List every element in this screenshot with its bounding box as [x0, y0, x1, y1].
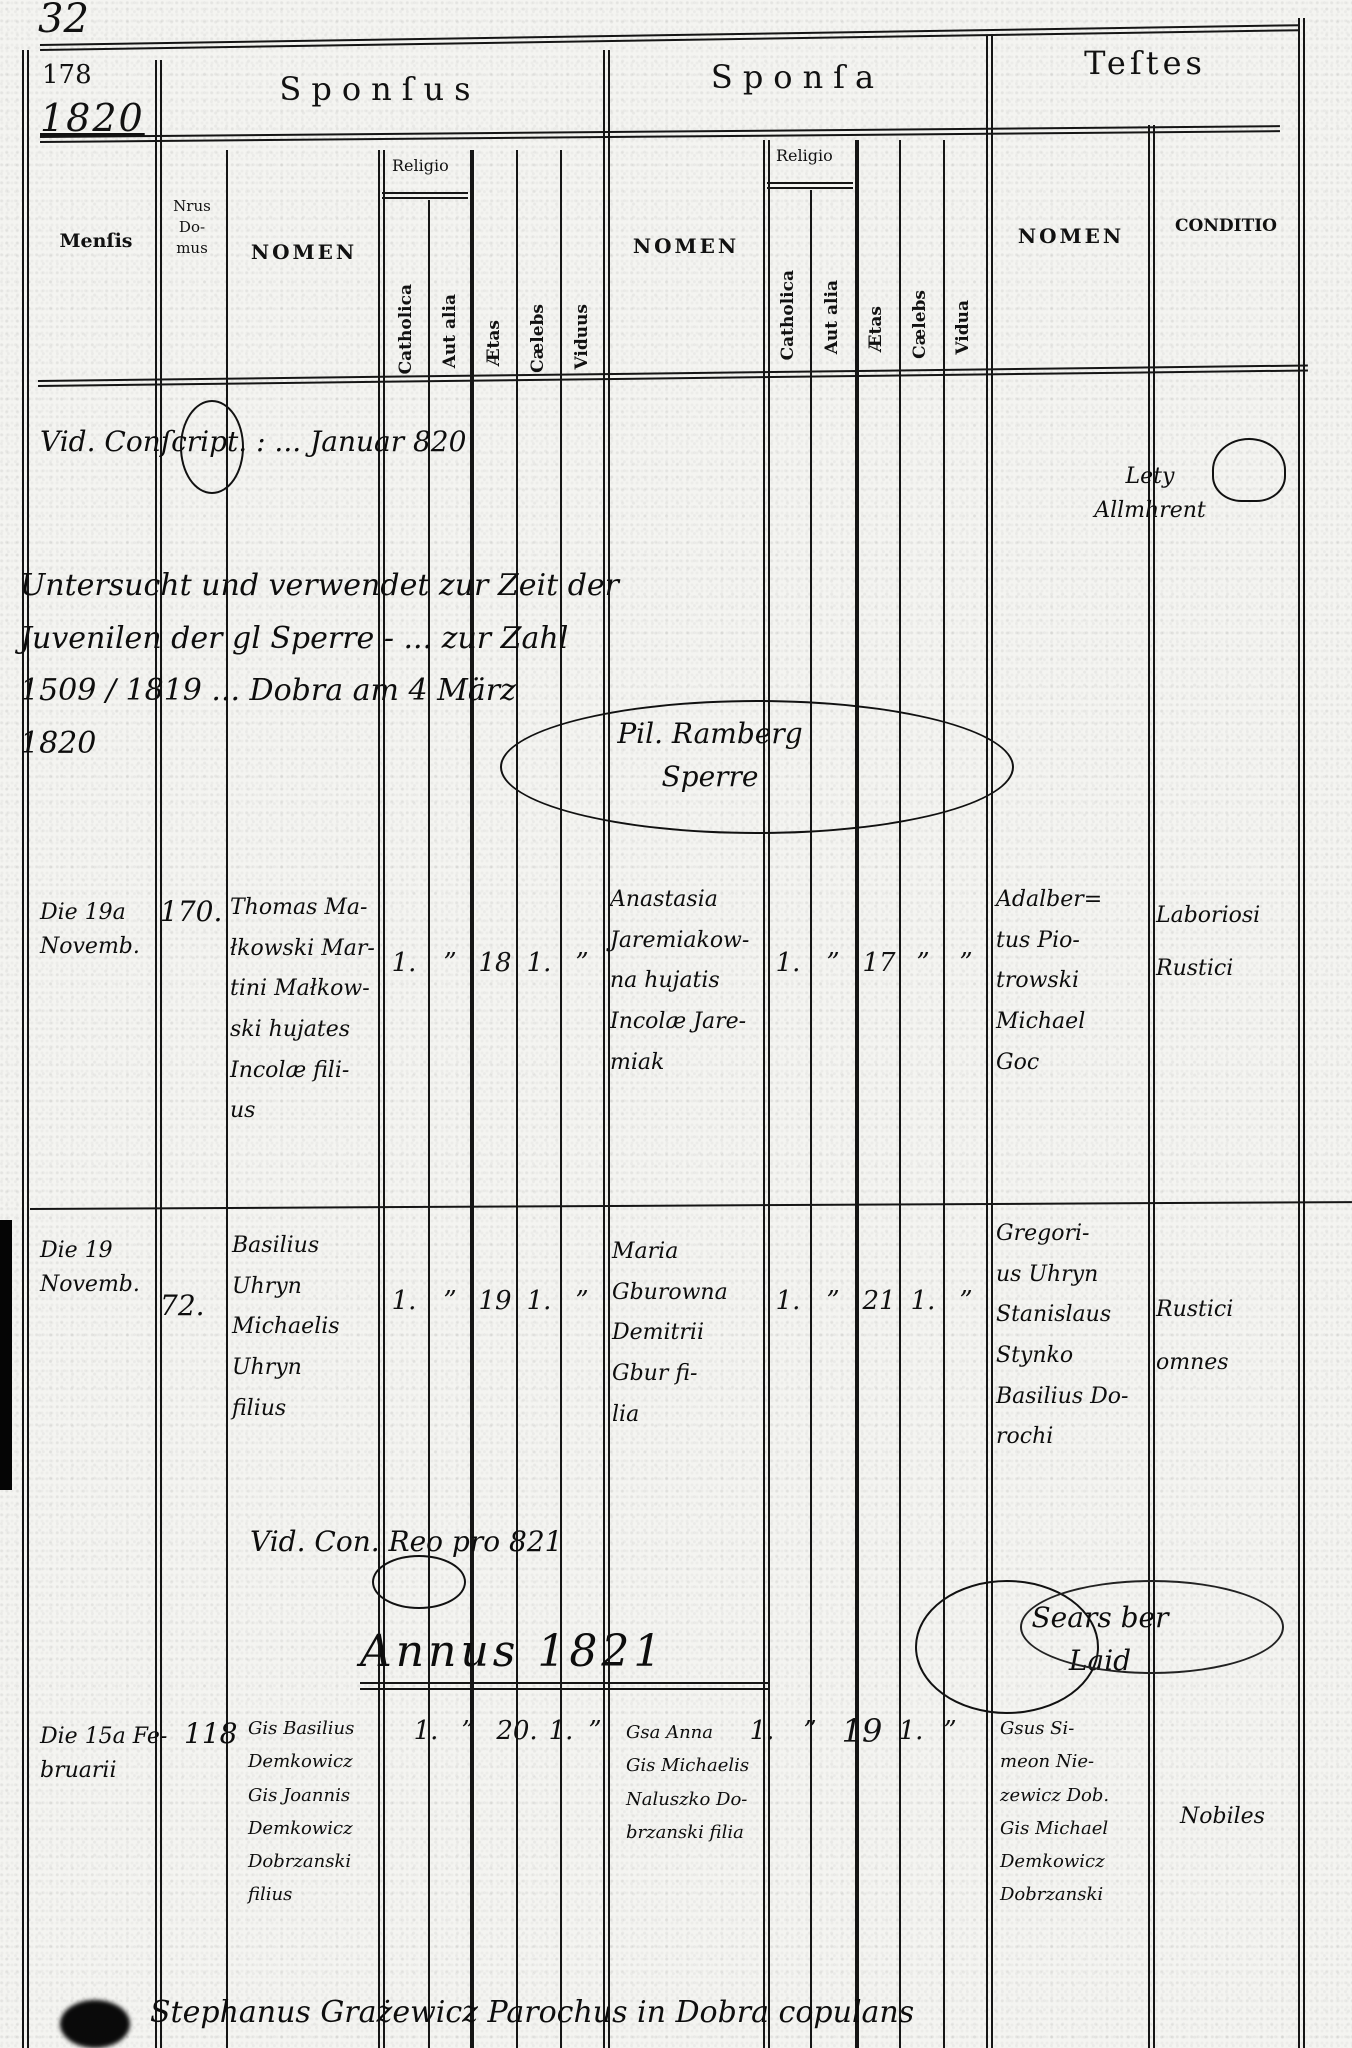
- entry-testes-nomen: Gregori- us Uhryn Stanislaus Stynko Basi…: [996, 1214, 1148, 1458]
- year-printed: 178: [42, 60, 92, 90]
- col-header-aetas-sponsus: Ætas: [484, 320, 504, 366]
- header-bottom-divider: [38, 364, 1308, 387]
- entry-sponsa-vidua: ”: [946, 1286, 986, 1316]
- entry-sponsa-aut-alia: ”: [812, 948, 854, 978]
- entry-sponsus-viduus: ”: [562, 1286, 602, 1316]
- entry-sponsus-catholica: 1.: [404, 1716, 448, 1746]
- col-header-religio-sponsa: Religio: [776, 146, 833, 165]
- entry-sponsus-aetas: 19: [474, 1286, 516, 1316]
- entry-sponsa-aetas: 17: [858, 948, 900, 978]
- col-header-testes-nomen: NOMEN: [996, 224, 1146, 248]
- col-header-mensis: Menſis: [40, 230, 152, 252]
- col-header-sponsa-nomen: NOMEN: [612, 234, 760, 258]
- entry-sponsa-aetas: 21: [858, 1286, 900, 1316]
- ink-stain: [60, 2000, 130, 2048]
- entry-sponsus-aut-alia: ”: [430, 1286, 470, 1316]
- religio-sponsa-underline: [767, 182, 853, 189]
- entry-sponsus-aut-alia: ”: [448, 1716, 488, 1746]
- col-header-aetas-sponsa: Ætas: [866, 306, 886, 352]
- group-title-sponsa: Sponſa: [610, 58, 985, 96]
- col-header-vidua: Vidua: [953, 300, 973, 355]
- entry-sponsa-aetas: 19: [838, 1712, 886, 1750]
- entry-testes-nomen: Adalber= tus Pio- trowski Michael Goc: [996, 880, 1148, 1083]
- col-header-viduus: Viduus: [572, 304, 592, 370]
- col-divider-viduus: [603, 50, 610, 2048]
- group-title-sponsus: Sponſus: [160, 70, 600, 108]
- anno-heading: Annus 1821: [360, 1618, 780, 1686]
- entry-sponsa-nomen: Maria Gburowna Demitrii Gbur fi- lia: [612, 1232, 762, 1435]
- page-number: 32: [38, 0, 89, 42]
- entry-sponsus-caelebs: 1.: [518, 1286, 560, 1316]
- entry-sponsa-catholica: 1.: [742, 1716, 782, 1746]
- anno-underline-1: [360, 1682, 770, 1684]
- entry-sponsus-nomen: Basilius Uhryn Michaelis Uhryn filius: [232, 1226, 382, 1429]
- entry-sponsa-caelebs: ”: [902, 948, 944, 978]
- group-title-testes: Teſtes: [995, 44, 1295, 82]
- entry-sponsa-catholica: 1.: [766, 1286, 810, 1316]
- flourish-oval-small: [372, 1555, 466, 1609]
- entry-conditio: Laboriosi Rustici: [1156, 890, 1296, 996]
- flourish-loop: [180, 400, 244, 494]
- entry-sponsa-catholica: 1.: [766, 948, 810, 978]
- entry-mensis: Die 15a Fe- bruarii: [40, 1720, 180, 1788]
- entry-mensis: Die 19a Novemb.: [40, 896, 155, 964]
- col-divider-vidua: [986, 35, 993, 2048]
- entry-sponsus-viduus: ”: [562, 948, 602, 978]
- entry-sponsa-vidua: ”: [946, 948, 986, 978]
- entry-sponsus-catholica: 1.: [382, 948, 426, 978]
- col-header-religio-sponsus: Religio: [392, 156, 449, 175]
- entry-nrus-domus: 170.: [160, 890, 226, 933]
- annotation-closing-note: Stephanus Grażewicz Parochus in Dobra co…: [150, 1990, 1300, 2037]
- col-header-catholica-sponsus: Catholica: [396, 284, 416, 374]
- group-title-divider: [40, 125, 1280, 143]
- entry-conditio: Rustici omnes: [1156, 1284, 1296, 1390]
- col-header-catholica-sponsa: Catholica: [778, 270, 798, 360]
- col-header-sponsus-nomen: NOMEN: [232, 240, 376, 264]
- right-border: [1298, 18, 1305, 2048]
- entry-sponsus-caelebs: 1.: [518, 948, 560, 978]
- annotation-vide-ante: Vid. Con. Reo pro 821: [250, 1520, 950, 1563]
- col-header-aut-alia-sponsus: Aut alia: [440, 294, 460, 368]
- entry-sponsus-aetas: 20.: [496, 1716, 538, 1746]
- entry-sponsus-catholica: 1.: [382, 1286, 426, 1316]
- entry-sponsus-nomen: Gis Basilius Demkowicz Gis Joannis Demko…: [248, 1712, 400, 1912]
- year-handwritten: 1820: [40, 96, 145, 140]
- anno-underline-2: [360, 1688, 770, 1690]
- entry-testes-nomen: Gsus Si- meon Nie- zewicz Dob. Gis Micha…: [1000, 1712, 1150, 1912]
- left-border: [22, 50, 29, 2048]
- col-header-nrus-domus: Nrus Do- mus: [160, 196, 224, 259]
- entry-sponsa-caelebs: 1.: [902, 1286, 944, 1316]
- entry-sponsa-aut-alia: ”: [790, 1716, 830, 1746]
- entry-sponsus-viduus: ”: [580, 1716, 610, 1746]
- binding-edge: [0, 1220, 12, 1490]
- col-header-aut-alia-sponsa: Aut alia: [822, 280, 842, 354]
- entry-sponsa-nomen: Anastasia Jaremiakow- na hujatis Incolæ …: [610, 880, 760, 1083]
- col-header-caelebs-sponsa: Cælebs: [910, 290, 930, 359]
- entry-nrus-domus: 118: [184, 1712, 244, 1755]
- entry-sponsa-caelebs: 1.: [890, 1716, 932, 1746]
- entry-nrus-domus: 72.: [160, 1284, 226, 1327]
- col-divider-catholica: [428, 200, 430, 2048]
- entry-sponsa-vidua: ”: [930, 1716, 970, 1746]
- religio-sponsus-underline: [382, 192, 468, 199]
- entry-mensis: Die 19 Novemb.: [40, 1234, 155, 1302]
- entry-conditio: Nobiles: [1180, 1800, 1295, 1834]
- entry-sponsus-aetas: 18: [474, 948, 516, 978]
- flourish-signature-oval: [500, 700, 1014, 834]
- col-divider-sponsa-catholica: [810, 190, 812, 2048]
- col-header-caelebs-sponsus: Cælebs: [528, 304, 548, 373]
- entry-sponsus-nomen: Thomas Ma- łkowski Mar- tini Małkow- ski…: [230, 888, 380, 1132]
- entry-sponsus-caelebs: 1.: [540, 1716, 582, 1746]
- flourish-signature-arc: [1020, 1580, 1284, 1674]
- entry-sponsa-aut-alia: ”: [812, 1286, 854, 1316]
- flourish-heart: [1212, 438, 1286, 502]
- col-header-conditio: CONDITIO: [1156, 216, 1296, 236]
- entry-sponsus-aut-alia: ”: [430, 948, 470, 978]
